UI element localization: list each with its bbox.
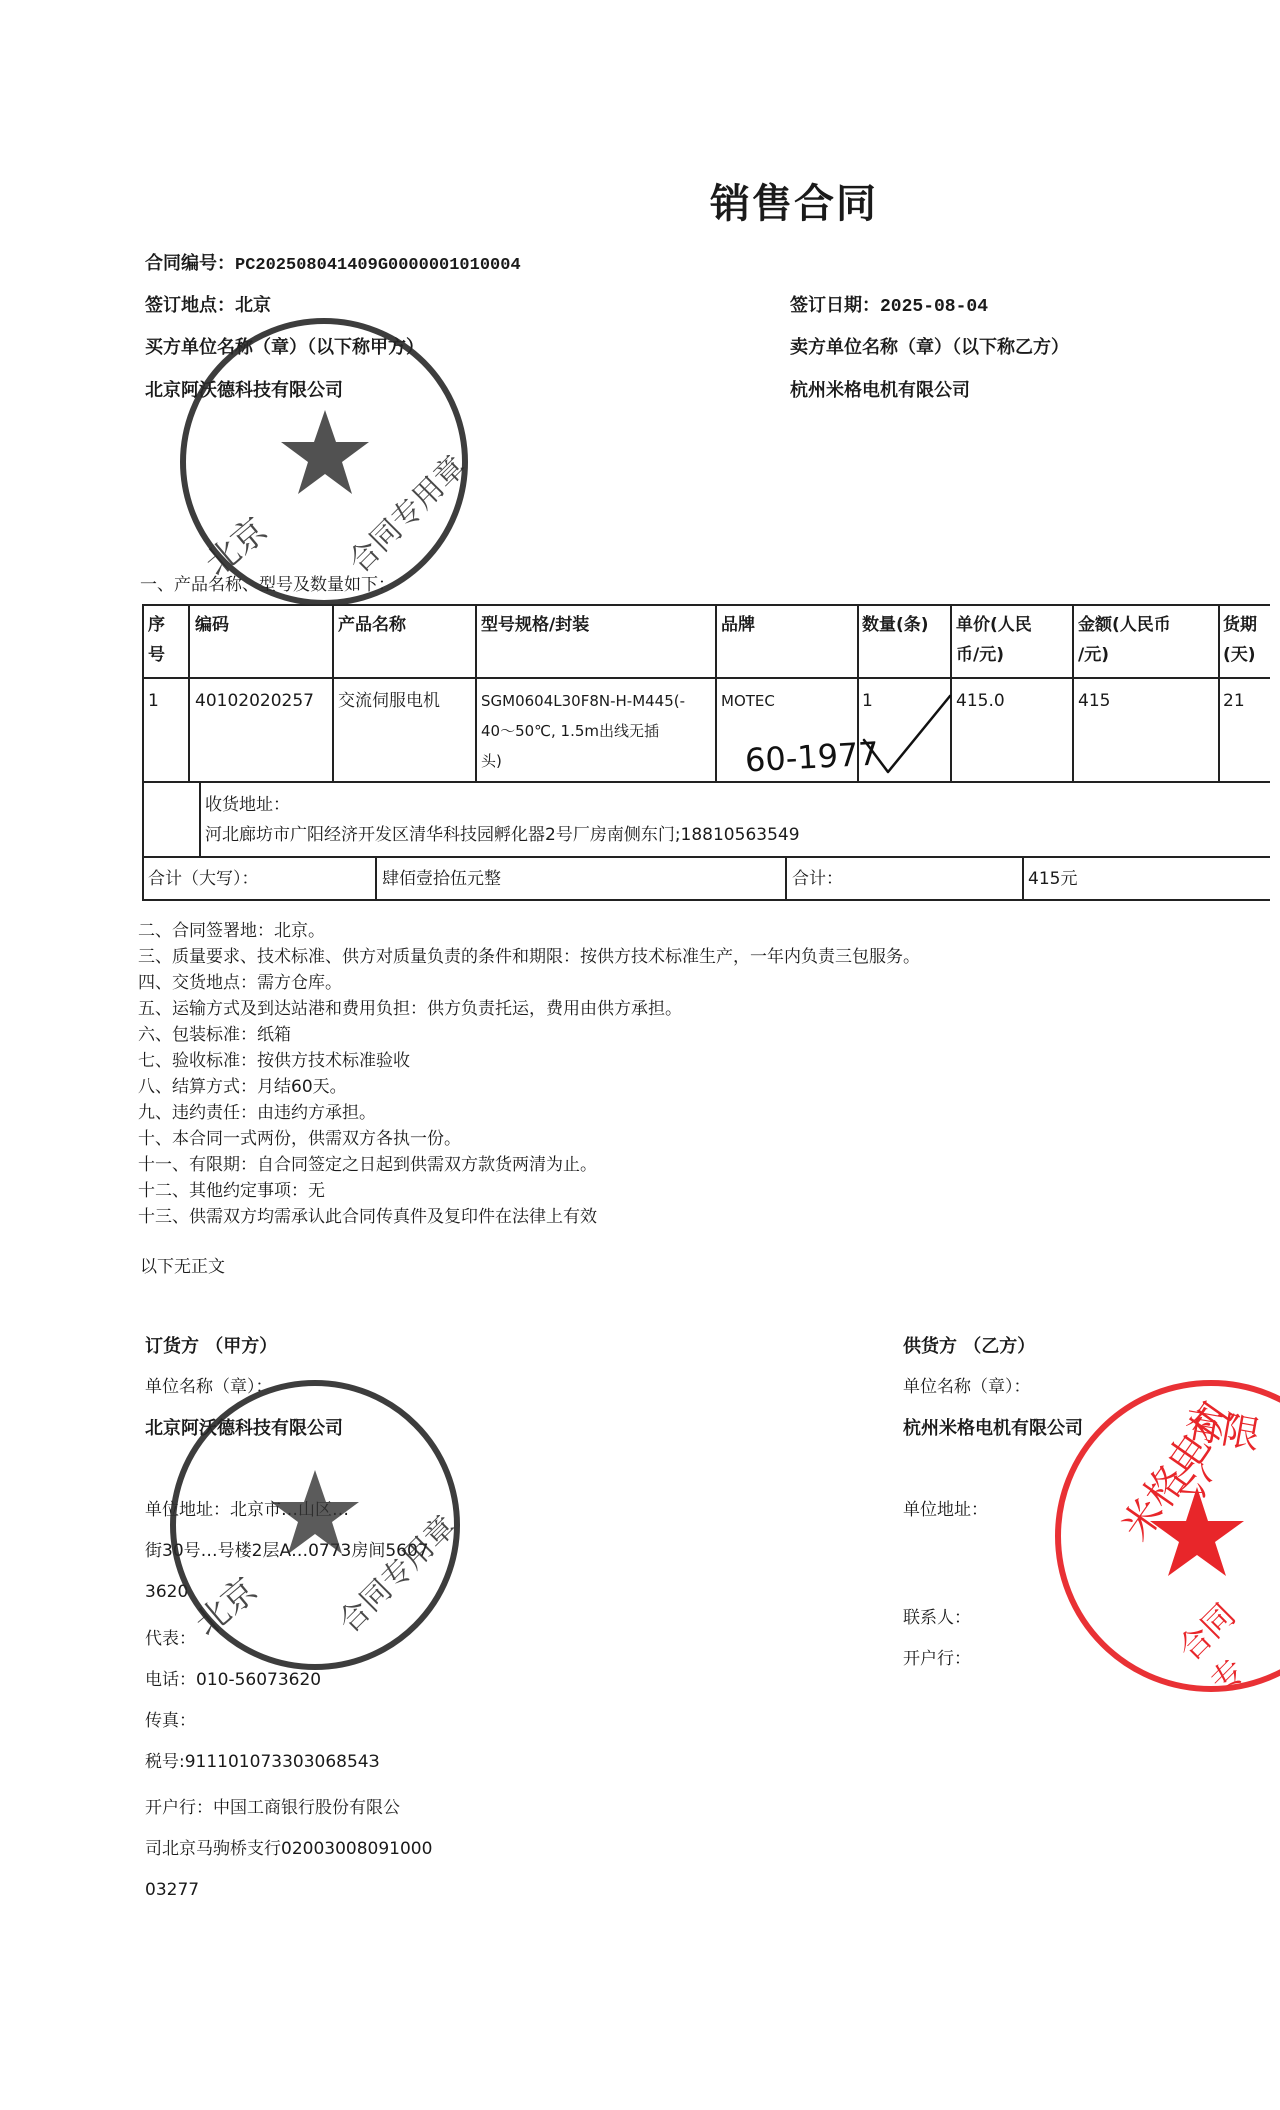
stamp-star-icon (280, 408, 370, 496)
sign-place-value: 北京 (235, 295, 271, 316)
contract-number: 合同编号：PC202508041409G0000001010004 (145, 249, 521, 275)
clause: 七、验收标准：按供方技术标准验收 (138, 1048, 920, 1074)
col-header-index: 序 号 (148, 610, 165, 670)
table-border (1218, 604, 1220, 782)
table-border (142, 899, 1270, 901)
party-a-phone: 电话：010-56073620 (145, 1660, 432, 1701)
col-header-line: 单价(人民 (956, 610, 1032, 640)
col-header-spec: 型号规格/封装 (481, 610, 589, 640)
col-header-line: 金额(人民币 (1078, 610, 1171, 640)
cell-code: 40102020257 (195, 686, 314, 716)
sign-date-label: 签订日期： (790, 295, 880, 316)
cell-index: 1 (148, 686, 159, 716)
sign-place: 签订地点：北京 (145, 291, 271, 317)
clause: 三、质量要求、技术标准、供方对质量负责的条件和期限：按供方技术标准生产，一年内负… (138, 944, 920, 970)
party-b-name: 杭州米格电机有限公司 (903, 1408, 1083, 1449)
clause: 二、合同签署地：北京。 (138, 918, 920, 944)
col-header-line: 货期 (1223, 610, 1257, 640)
party-a-bank: 开户行：中国工商银行股份有限公 司北京马驹桥支行02003008091000 0… (145, 1788, 432, 1911)
party-a-tax-no: 税号:91110107330306854З (145, 1742, 432, 1783)
seller-name: 杭州米格电机有限公司 (790, 376, 970, 402)
bank-line: 司北京马驹桥支行02003008091000 (145, 1829, 432, 1870)
party-b-address-label: 单位地址： (903, 1490, 1083, 1531)
delivery-address-label: 收货地址： (205, 790, 290, 820)
party-b-name-label: 单位名称（章）： (903, 1367, 1083, 1408)
buyer-name: 北京阿沃德科技有限公司 (145, 376, 343, 402)
col-header-line: 币/元) (956, 640, 1032, 670)
document-title: 销售合同 (710, 172, 878, 229)
delivery-address: 河北廊坊市广阳经济开发区清华科技园孵化器2号厂房南侧东门;18810563549 (205, 820, 800, 850)
total-value: 415元 (1028, 864, 1077, 894)
col-header-line: 序 (148, 610, 165, 640)
spec-line: 头) (481, 746, 685, 776)
party-a-name: 北京阿沃德科技有限公司 (145, 1408, 432, 1449)
clause: 五、运输方式及到达站港和费用负担：供方负责托运，费用由供方承担。 (138, 996, 920, 1022)
party-a-rep: 代表： (145, 1619, 432, 1660)
cell-name: 交流伺服电机 (338, 686, 440, 716)
stamp-star-icon (270, 1468, 360, 1556)
table-border (142, 856, 1270, 858)
table-border (142, 604, 1270, 606)
table-border (199, 782, 201, 857)
col-header-unit-price: 单价(人民 币/元) (956, 610, 1032, 670)
party-a-heading: 订货方 （甲方） (145, 1326, 432, 1367)
table-border (142, 781, 1270, 783)
bank-line: 03277 (145, 1870, 432, 1911)
table-border (142, 677, 1270, 679)
product-section-heading: 一、产品名称、型号及数量如下： (140, 570, 395, 595)
seller-label: 卖方单位名称（章）（以下称乙方） (790, 333, 1069, 359)
cell-lead-time: 21 (1223, 686, 1245, 716)
contract-clauses: 二、合同签署地：北京。 三、质量要求、技术标准、供方对质量负责的条件和期限：按供… (138, 918, 920, 1230)
table-border (715, 604, 717, 782)
col-header-line: /元) (1078, 640, 1171, 670)
handwritten-check-icon (858, 688, 953, 780)
stamp-text: 合同专 (1166, 1570, 1280, 1702)
bank-line: 开户行：中国工商银行股份有限公 (145, 1788, 432, 1829)
end-note: 以下无正文 (140, 1252, 225, 1277)
table-border (785, 857, 787, 900)
total-upper: 肆佰壹拾伍元整 (382, 864, 501, 894)
cell-spec: SGM0604L30F8N-H-M445(- 40～50℃, 1.5m出线无插 … (481, 686, 685, 776)
clause: 十二、其他约定事项：无 (138, 1178, 920, 1204)
clause: 十一、有限期：自合同签定之日起到供需双方款货两清为止。 (138, 1152, 920, 1178)
sign-place-label: 签订地点： (145, 295, 235, 316)
col-header-brand: 品牌 (721, 610, 755, 640)
cell-amount: 415 (1078, 686, 1110, 716)
clause: 十、本合同一式两份，供需双方各执一份。 (138, 1126, 920, 1152)
clause: 六、包装标准：纸箱 (138, 1022, 920, 1048)
table-border (375, 857, 377, 900)
clause: 四、交货地点：需方仓库。 (138, 970, 920, 996)
party-b-heading: 供货方 （乙方） (903, 1326, 1083, 1367)
sign-date: 签订日期：2025-08-04 (790, 291, 988, 317)
table-border (1022, 857, 1024, 900)
total-upper-label: 合计（大写）： (148, 864, 259, 894)
col-header-amount: 金额(人民币 /元) (1078, 610, 1171, 670)
stamp-text: 有限公 (1171, 1392, 1280, 1518)
col-header-code: 编码 (195, 610, 229, 640)
col-header-line: 号 (148, 640, 165, 670)
cell-brand: MOTEC (721, 686, 775, 716)
party-b-block: 供货方 （乙方） 单位名称（章）： 杭州米格电机有限公司 单位地址： 联系人： … (903, 1326, 1083, 1680)
contract-number-value: PC202508041409G0000001010004 (235, 256, 521, 275)
table-border (142, 604, 144, 901)
spec-line: SGM0604L30F8N-H-M445(- (481, 686, 685, 716)
table-border (1072, 604, 1074, 782)
table-border (332, 604, 334, 782)
party-a-name-label: 单位名称（章）： (145, 1367, 432, 1408)
party-a-block: 订货方 （甲方） 单位名称（章）： 北京阿沃德科技有限公司 单位地址：北京市…山… (145, 1326, 432, 1911)
table-border (475, 604, 477, 782)
party-b-contact-label: 联系人： (903, 1598, 1083, 1639)
col-header-line: (天) (1223, 640, 1257, 670)
clause: 十三、供需双方均需承认此合同传真件及复印件在法律上有效 (138, 1204, 920, 1230)
sign-date-value: 2025-08-04 (880, 297, 988, 317)
party-a-fax: 传真： (145, 1701, 432, 1742)
total-label: 合计： (792, 864, 843, 894)
buyer-label: 买方单位名称（章）（以下称甲方） (145, 333, 424, 359)
cell-unit-price: 415.0 (956, 686, 1005, 716)
col-header-name: 产品名称 (338, 610, 406, 640)
contract-number-label: 合同编号： (145, 253, 235, 274)
clause: 九、违约责任：由违约方承担。 (138, 1100, 920, 1126)
spec-line: 40～50℃, 1.5m出线无插 (481, 716, 685, 746)
clause: 八、结算方式：月结60天。 (138, 1074, 920, 1100)
table-border (188, 604, 190, 782)
col-header-lead-time: 货期 (天) (1223, 610, 1257, 670)
party-b-bank-label: 开户行： (903, 1639, 1083, 1680)
col-header-qty: 数量(条) (862, 610, 929, 640)
